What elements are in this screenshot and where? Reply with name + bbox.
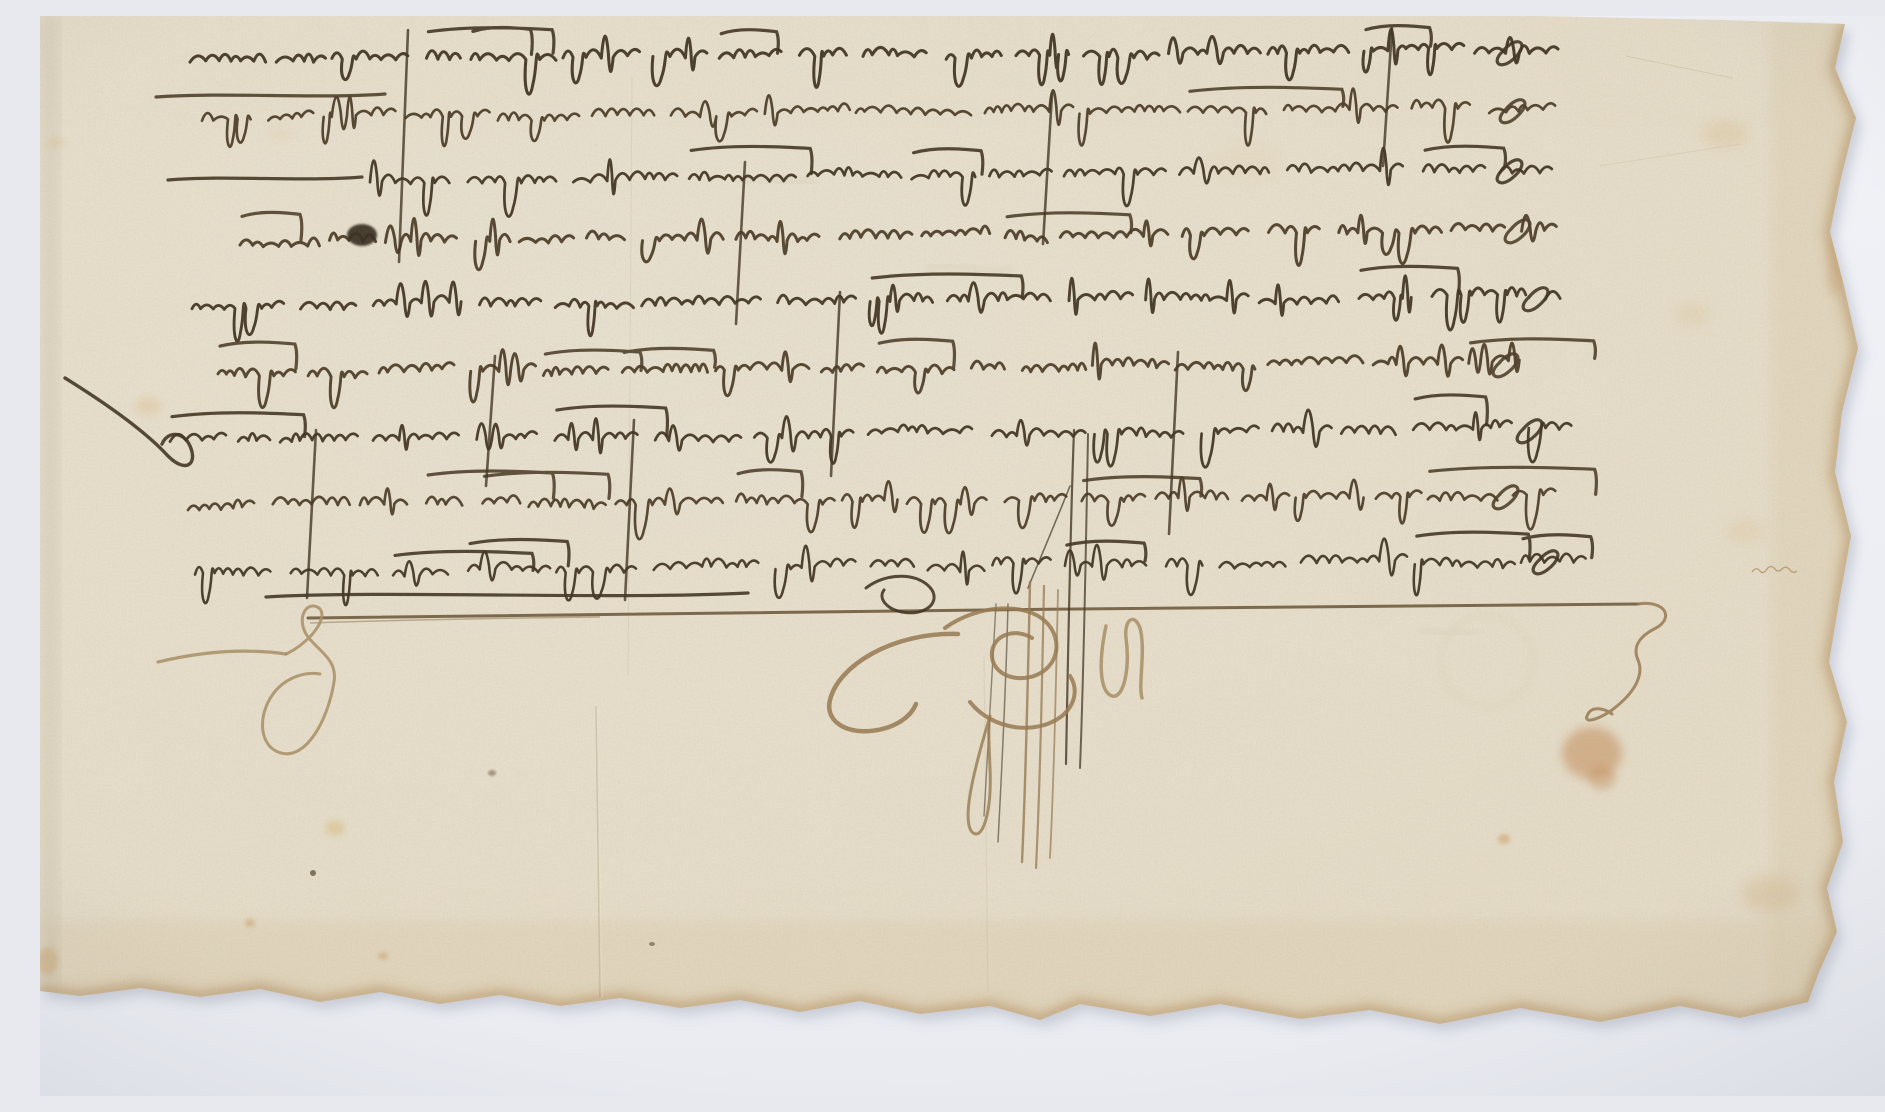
- manuscript-scene: [40, 16, 1885, 1096]
- manuscript-photo: Photograph of an aged handwritten manusc…: [40, 16, 1885, 1096]
- photo-vignette: [40, 16, 1885, 1096]
